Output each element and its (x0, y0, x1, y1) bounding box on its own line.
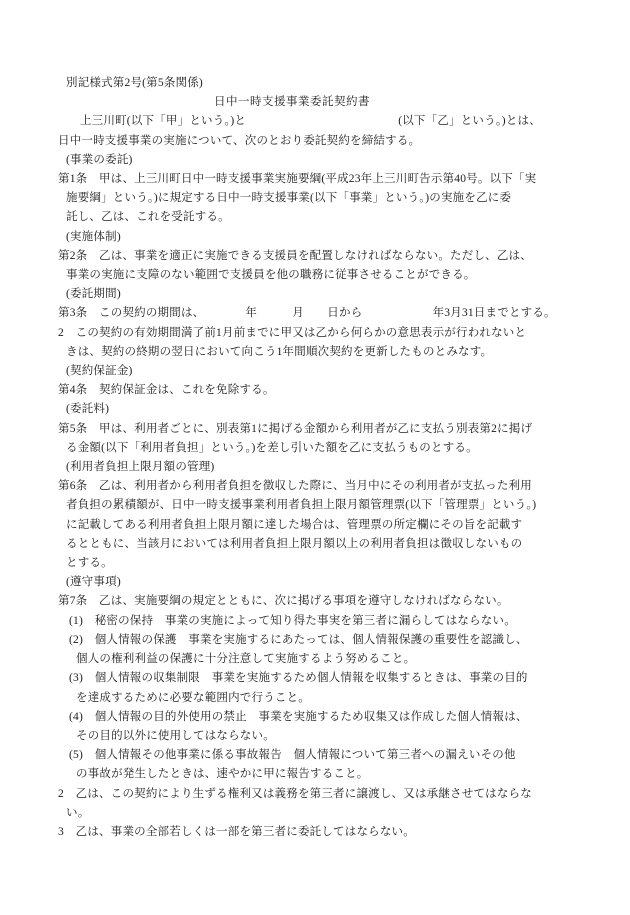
article7-item4-line1: (4) 個人情報の目的外使用の禁止 事業を実施するため収集又は作成した個人情報は… (58, 708, 572, 727)
article5-line1: 第5条 甲は、利用者ごとに、別表第1に掲げる金額から利用者が乙に支払う別表第2に… (58, 420, 572, 439)
article3-para2-line1: 2 この契約の有効期間満了前1月前までに甲又は乙から何らかの意思表示が行われない… (58, 324, 572, 343)
article7-para2-line1: 2 乙は、この契約により生ずる権利又は義務を第三者に譲渡し、又は承継させてはなら… (58, 785, 572, 804)
article6-line5: とする。 (58, 554, 572, 573)
preamble-line: 日中一時支援事業の実施について、次のとおり委託契約を締結する。 (58, 132, 572, 151)
article7-para3: 3 乙は、事業の全部若しくは一部を第三者に委託してはならない。 (58, 823, 572, 842)
heading-user-burden-management: (利用者負担上限月額の管理) (58, 458, 572, 477)
article3-line1: 第3条 この契約の期間は、 年 月 日から 年3月31日までとする。 (58, 304, 572, 323)
article7-item2-line2: 個人の権利利益の保護に十分注意して実施するよう努めること。 (58, 650, 572, 669)
heading-entrustment-period: (委託期間) (58, 285, 572, 304)
article1-line3: 託し、乙は、これを受託する。 (58, 208, 572, 227)
heading-entrustment-fee: (委託料) (58, 400, 572, 419)
article7-item3-line2: を達成するために必要な範囲内で行うこと。 (58, 689, 572, 708)
article6-line4: るとともに、当該月においては利用者負担上限月額以上の利用者負担は徴収しないもの (58, 535, 572, 554)
article6-line3: に記載してある利用者負担上限月額に達した場合は、管理票の所定欄にその旨を記載す (58, 516, 572, 535)
article4-line1: 第4条 契約保証金は、これを免除する。 (58, 381, 572, 400)
article5-line2: る金額(以下「利用者負担」という。)を差し引いた額を乙に支払うものとする。 (58, 439, 572, 458)
article7-item1: (1) 秘密の保持 事業の実施によって知り得た事実を第三者に漏らしてはならない。 (58, 612, 572, 631)
article3-para2-line2: きは、契約の終期の翌日において向こう1年間順次契約を更新したものとみなす。 (58, 343, 572, 362)
article7-item5-line2: の事故が発生したときは、速やかに甲に報告すること。 (58, 765, 572, 784)
article7-line1: 第7条 乙は、実施要綱の規定とともに、次に掲げる事項を遵守しなければならない。 (58, 592, 572, 611)
contract-page: 別記様式第2号(第5条関係) 日中一時支援事業委託契約書 上三川町(以下「甲」と… (0, 0, 630, 915)
heading-implementation-system: (実施体制) (58, 228, 572, 247)
article7-item4-line2: その目的以外に使用してはならない。 (58, 727, 572, 746)
article1-line2: 施要綱」という。)に規定する日中一時支援事業(以下「事業」という。)の実施を乙に… (58, 189, 572, 208)
article7-para2-line2: い。 (58, 804, 572, 823)
article7-item3-line1: (3) 個人情報の収集制限 事業を実施するため個人情報を収集するときは、事業の目… (58, 669, 572, 688)
article2-line1: 第2条 乙は、事業を適正に実施できる支援員を配置しなければならない。ただし、乙は… (58, 247, 572, 266)
article1-line1: 第1条 甲は、上三川町日中一時支援事業実施要綱(平成23年上三川町告示第40号。… (58, 170, 572, 189)
parties-line: 上三川町(以下「甲」という。)と (以下「乙」という。)とは、 (58, 112, 572, 131)
article7-item5-line1: (5) 個人情報その他事業に係る事故報告 個人情報について第三者への漏えいその他 (58, 746, 572, 765)
document-title: 日中一時支援事業委託契約書 (58, 93, 572, 112)
form-number-label: 別記様式第2号(第5条関係) (58, 74, 572, 93)
article6-line2: 者負担の累積額が、日中一時支援事業利用者負担上限月額管理票(以下「管理票」という… (58, 496, 572, 515)
article2-line2: 事業の実施に支障のない範囲で支援員を他の職務に従事させることができる。 (58, 266, 572, 285)
heading-contract-deposit: (契約保証金) (58, 362, 572, 381)
heading-compliance-matters: (遵守事項) (58, 573, 572, 592)
heading-business-entrustment: (事業の委託) (58, 151, 572, 170)
article7-item2-line1: (2) 個人情報の保護 事業を実施するにあたっては、個人情報保護の重要性を認識し… (58, 631, 572, 650)
article6-line1: 第6条 乙は、利用者から利用者負担を徴収した際に、当月中にその利用者が支払った利… (58, 477, 572, 496)
